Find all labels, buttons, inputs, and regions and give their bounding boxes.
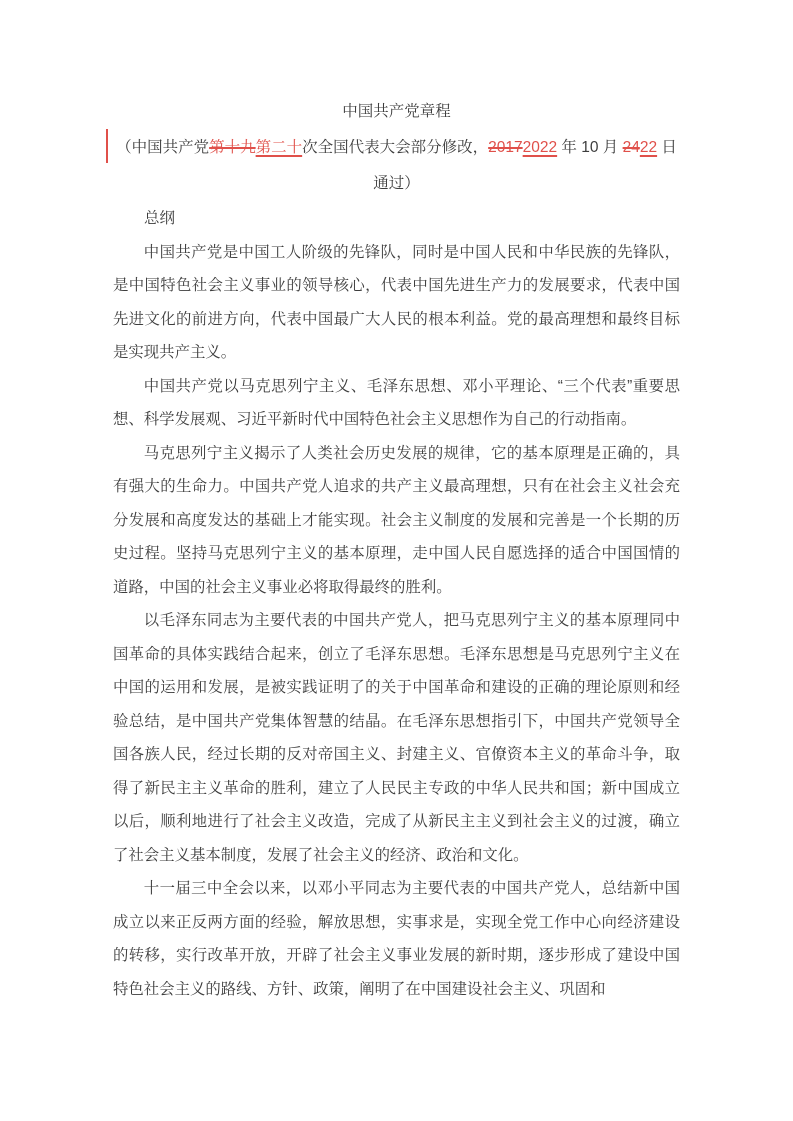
document-subtitle: （中国共产党第十九第二十次全国代表大会部分修改，20172022 年 10 月 … <box>113 130 680 202</box>
body-text: 中国共产党是中国工人阶级的先锋队，同时是中国人民和中华民族的先锋队，是中国特色社… <box>113 236 680 1007</box>
revision-change-bar <box>106 129 108 163</box>
inserted-text-year: 2022 <box>523 139 557 156</box>
document-page: 中国共产党章程 （中国共产党第十九第二十次全国代表大会部分修改，20172022… <box>0 0 793 1121</box>
inserted-text-day: 22 <box>640 139 657 156</box>
deleted-text-year: 2017 <box>488 139 522 156</box>
subtitle-text: 次全国代表大会部分修改， <box>302 139 488 156</box>
deleted-text-day: 24 <box>623 139 640 156</box>
subtitle-text: （中国共产党 <box>116 139 209 156</box>
deleted-text-congress-number: 第十九 <box>209 139 256 156</box>
section-heading-general-program: 总纲 <box>113 202 680 236</box>
paragraph: 十一届三中全会以来，以邓小平同志为主要代表的中国共产党人，总结新中国成立以来正反… <box>113 872 680 1006</box>
paragraph: 中国共产党以马克思列宁主义、毛泽东思想、邓小平理论、“三个代表”重要思想、科学发… <box>113 370 680 437</box>
subtitle-text: 年 10 月 <box>557 139 622 156</box>
document-title: 中国共产党章程 <box>113 94 680 130</box>
title-block: 中国共产党章程 （中国共产党第十九第二十次全国代表大会部分修改，20172022… <box>113 94 680 202</box>
inserted-text-congress-number: 第二十 <box>256 139 303 156</box>
paragraph: 以毛泽东同志为主要代表的中国共产党人，把马克思列宁主义的基本原理同中国革命的具体… <box>113 604 680 872</box>
document-content: 中国共产党章程 （中国共产党第十九第二十次全国代表大会部分修改，20172022… <box>113 94 680 1006</box>
paragraph: 中国共产党是中国工人阶级的先锋队，同时是中国人民和中华民族的先锋队，是中国特色社… <box>113 236 680 370</box>
paragraph: 马克思列宁主义揭示了人类社会历史发展的规律，它的基本原理是正确的，具有强大的生命… <box>113 437 680 605</box>
